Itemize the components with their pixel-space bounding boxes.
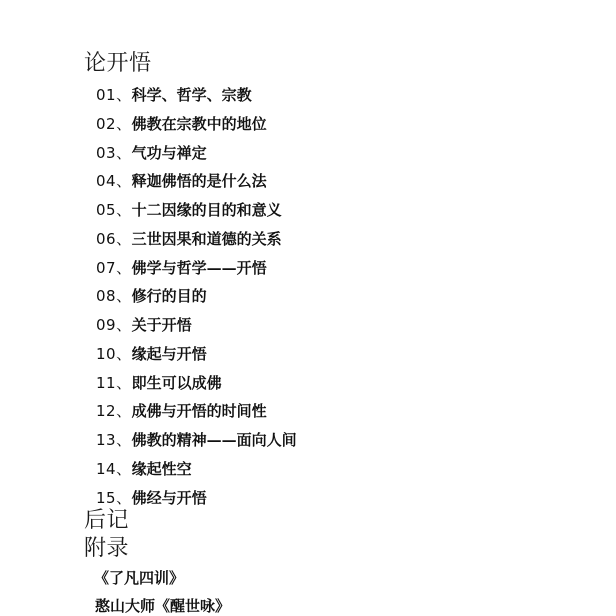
toc-item[interactable]: 08、修行的目的 [96, 285, 297, 314]
toc-item-title: 修行的目的 [132, 287, 207, 305]
appendix-item[interactable]: 憨山大师《醒世咏》 [95, 595, 230, 616]
toc-item-number: 15、 [96, 489, 132, 507]
toc-item-number: 05、 [96, 201, 132, 219]
section-heading-afterword[interactable]: 后记 [84, 509, 129, 533]
toc-item[interactable]: 02、佛教在宗教中的地位 [96, 113, 297, 142]
toc-item[interactable]: 10、缘起与开悟 [96, 343, 297, 372]
toc-item[interactable]: 06、三世因果和道德的关系 [96, 228, 297, 257]
toc-item-title: 三世因果和道德的关系 [132, 230, 282, 248]
toc-item[interactable]: 09、关于开悟 [96, 314, 297, 343]
toc-item[interactable]: 03、气功与禅定 [96, 142, 297, 171]
toc-item-title: 关于开悟 [132, 316, 192, 334]
toc-item-number: 04、 [96, 172, 132, 190]
toc-item-number: 02、 [96, 115, 132, 133]
toc-item[interactable]: 12、成佛与开悟的时间性 [96, 400, 297, 429]
toc-item-title: 成佛与开悟的时间性 [132, 402, 267, 420]
toc-item-title: 十二因缘的目的和意义 [132, 201, 282, 219]
toc-item-title: 佛教在宗教中的地位 [132, 115, 267, 133]
toc-item[interactable]: 04、释迦佛悟的是什么法 [96, 170, 297, 199]
table-of-contents: 01、科学、哲学、宗教 02、佛教在宗教中的地位 03、气功与禅定 04、释迦佛… [96, 84, 297, 515]
toc-item[interactable]: 01、科学、哲学、宗教 [96, 84, 297, 113]
toc-item-title: 科学、哲学、宗教 [132, 86, 252, 104]
toc-item-number: 11、 [96, 374, 132, 392]
section-heading-appendix[interactable]: 附录 [84, 537, 129, 561]
toc-item-title: 即生可以成佛 [132, 374, 222, 392]
toc-item-title: 缘起与开悟 [132, 345, 207, 363]
toc-item[interactable]: 14、缘起性空 [96, 458, 297, 487]
toc-item-number: 06、 [96, 230, 132, 248]
toc-item-number: 14、 [96, 460, 132, 478]
toc-item-title: 佛学与哲学——开悟 [132, 259, 267, 277]
toc-item-title: 缘起性空 [132, 460, 192, 478]
toc-item-title: 气功与禅定 [132, 144, 207, 162]
toc-item-number: 09、 [96, 316, 132, 334]
toc-item[interactable]: 13、佛教的精神——面向人间 [96, 429, 297, 458]
toc-item-title: 佛经与开悟 [132, 489, 207, 507]
toc-item-number: 13、 [96, 431, 132, 449]
section-heading-main[interactable]: 论开悟 [84, 52, 152, 76]
document-page: 论开悟 01、科学、哲学、宗教 02、佛教在宗教中的地位 03、气功与禅定 04… [0, 0, 616, 616]
toc-item-number: 01、 [96, 86, 132, 104]
toc-item-number: 07、 [96, 259, 132, 277]
toc-item[interactable]: 11、即生可以成佛 [96, 372, 297, 401]
toc-item-number: 08、 [96, 287, 132, 305]
appendix-item[interactable]: 《了凡四训》 [94, 567, 184, 589]
toc-item[interactable]: 05、十二因缘的目的和意义 [96, 199, 297, 228]
toc-item-number: 12、 [96, 402, 132, 420]
toc-item-number: 10、 [96, 345, 132, 363]
toc-item[interactable]: 07、佛学与哲学——开悟 [96, 257, 297, 286]
toc-item-number: 03、 [96, 144, 132, 162]
toc-item-title: 佛教的精神——面向人间 [132, 431, 297, 449]
toc-item-title: 释迦佛悟的是什么法 [132, 172, 267, 190]
